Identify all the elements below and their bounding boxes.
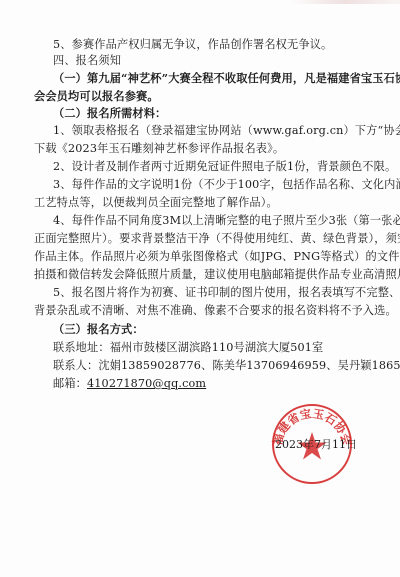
contact-email: 邮箱：410271870@qq.com [53, 377, 206, 391]
document-page: 5、参赛作品产权归属无争议，作品创作署名权无争议。 四、报名须知 （一）第九届“… [0, 0, 400, 577]
item-4-line-2: 正面完整照片）。要求背景整洁干净（不得使用纯红、黄、绿色背景），须突出 [34, 232, 400, 246]
sub-2-title: （二）报名所需材料： [53, 106, 166, 120]
sub-3-title: （三）报名方式： [53, 322, 144, 336]
document-date: 2023年7月11日 [275, 438, 357, 452]
item-5-line-1: 5、报名图片将作为初赛、证书印制的图片使用，报名表填写不完整、照片 [53, 286, 400, 300]
contact-people: 联系人：沈娟13859028776、陈美华13706946959、吴丹颖1865… [53, 359, 400, 373]
address-value: 福州市鼓楼区湖滨路110号湖滨大厦501室 [110, 341, 324, 354]
email-link[interactable]: 410271870@qq.com [87, 377, 206, 390]
rule-5-text: 5、参赛作品产权归属无争议，作品创作署名权无争议。 [53, 38, 332, 52]
item-1-line-2: 下载《2023年玉石雕刻神艺杯参评作品报名表》。 [34, 142, 284, 156]
item-1-line-1: 1、领取表格报名（登录福建宝协网站（www.gaf.org.cn）下方“协会文件… [53, 124, 400, 138]
item-3-line-2: 工艺特点等，以便裁判员全面完整地了解作品）。 [34, 196, 278, 210]
people-value: 沈娟13859028776、陈美华13706946959、吴丹颖18650999… [98, 359, 400, 372]
address-label: 联系地址： [53, 341, 110, 354]
item-4-line-1: 4、每件作品不同角度3M以上清晰完整的电子照片至少3张（第一张必须为 [53, 214, 400, 228]
item-2-text: 2、设计者及制作者两寸近期免冠证件照电子版1份，背景颜色不限。 [53, 160, 396, 174]
sub-1-line-2: 会会员均可以报名参赛。 [34, 89, 159, 103]
sub-1-line-1: （一）第九届“神艺杯”大赛全程不收取任何费用，凡是福建省宝玉石协 [53, 71, 400, 85]
email-label: 邮箱： [53, 377, 87, 390]
contact-address: 联系地址：福州市鼓楼区湖滨路110号湖滨大厦501室 [53, 341, 323, 355]
item-4-line-3: 作品主体。作品照片必须为单张图像格式（如JPG、PNG等格式）的文件。手机 [34, 250, 400, 264]
people-label: 联系人： [53, 359, 98, 372]
section-4-title: 四、报名须知 [53, 54, 121, 68]
item-4-line-4: 拍摄和微信转发会降低照片质量，建议使用电脑邮箱提供作品专业高清照片）。 [34, 268, 400, 282]
item-3-line-1: 3、每件作品的文字说明1份（不少于100字，包括作品名称、文化内涵、 [53, 178, 400, 192]
item-5-line-2: 背景杂乱或不清晰、对焦不准确、像素不合要求的报名资料将不予入选。 [34, 304, 397, 318]
